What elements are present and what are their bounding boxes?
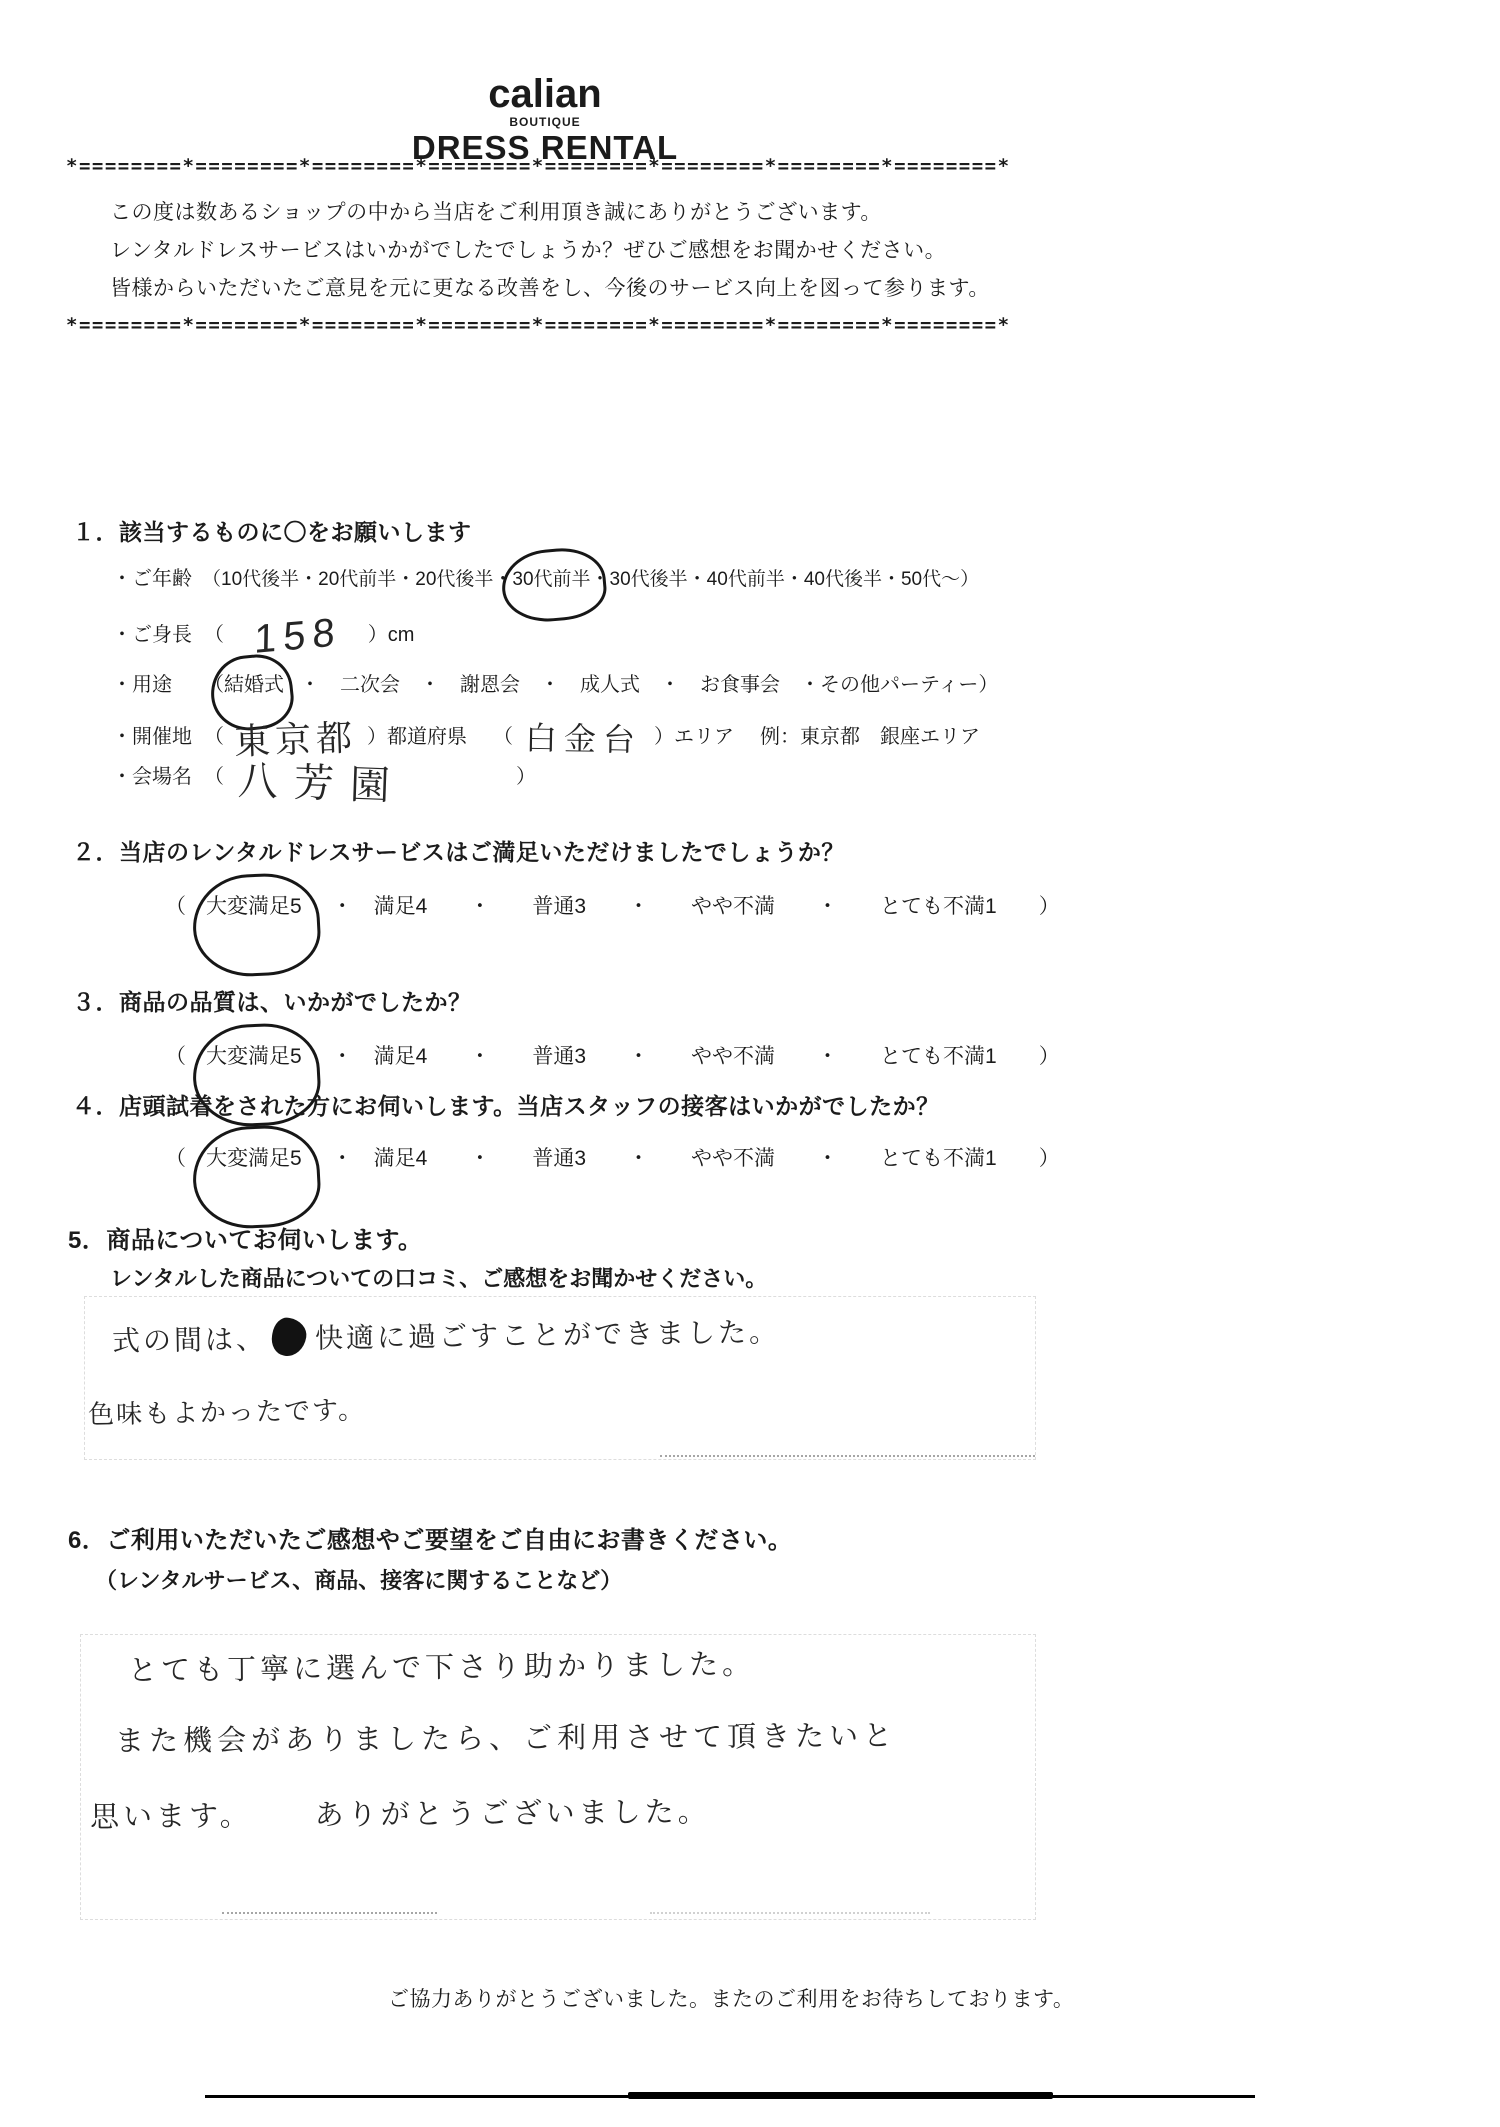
header: calian BOUTIQUE DRESS RENTAL [70, 74, 1020, 166]
q2-heading: ２．当店のレンタルドレスサービスはご満足いただけましたでしょうか？ [72, 834, 845, 867]
q5-answer-line1-before: 式の間は、 [112, 1324, 267, 1357]
age-options-after: ・30代後半・40代前半・40代後半・50代～） [591, 569, 980, 590]
q5-answer-line1-after: 快適に過ごすことができました。 [315, 1316, 780, 1353]
venue-name-value-handwritten: 八芳園 [237, 749, 407, 812]
q2-selected-circle: 大変満足5 [206, 890, 302, 920]
scribble-blot [269, 1316, 309, 1359]
venue-name-label: ・会場名 [112, 760, 204, 789]
q4-scale-row: （大変満足5・ 満足4 ・ 普通3 ・ やや不満 ・ とても不満1 ） [165, 1142, 1060, 1172]
q2-scale-options: ・ 満足4 ・ 普通3 ・ やや不満 ・ とても不満1 ） [332, 895, 1060, 918]
separator-bottom: *========*========*========*========*===… [66, 314, 1031, 336]
purpose-options-after: ・ 二次会 ・ 謝恩会 ・ 成人式 ・ お食事会 ・その他パーティー） [300, 674, 998, 696]
area-paren-open: （ [493, 726, 513, 748]
q4-scale-paren-open: （ [165, 1147, 186, 1170]
q1-height-row: ・ご身長（158）cm [112, 614, 414, 659]
q6-answer-line-2: また機会がありましたら、ご利用させて頂きたいと [115, 1713, 897, 1759]
height-label: ・ご身長 [112, 618, 204, 647]
height-value-handwritten: 158 [254, 610, 342, 663]
q4-scale-options: ・ 満足4 ・ 普通3 ・ やや不満 ・ とても不満1 ） [332, 1147, 1060, 1170]
venue-area-label: ・開催地 [112, 720, 204, 749]
area-value-handwritten: 白金台 [525, 713, 643, 761]
venue-name-paren-open: （ [204, 766, 224, 788]
age-options-before: （10代後半・20代前半・20代後半・ [202, 569, 512, 590]
purpose-paren-open: （ [204, 674, 224, 696]
q5-subheading: レンタルした商品についての口コミ、ご感想をお聞かせください。 [110, 1262, 767, 1293]
q1-age-row: ・ご年齢（10代後半・20代前半・20代後半・30代前半・30代後半・40代前半… [112, 562, 979, 591]
height-paren-open: （ [204, 624, 224, 646]
q4-selected-circle: 大変満足5 [206, 1142, 302, 1172]
purpose-selected-option: 結婚式 [224, 674, 284, 696]
q6-box-dotted-fragment-left [222, 1912, 437, 1914]
purpose-selected-circle: 結婚式 [224, 668, 284, 697]
purpose-label: ・用途 [112, 668, 204, 697]
brand-subtitle: BOUTIQUE [70, 115, 1020, 129]
q3-scale-paren-open: （ [165, 1045, 186, 1068]
prefecture-paren-open: （ [204, 726, 224, 748]
q6-answer-line-1: とても丁寧に選んで下さり助かりました。 [128, 1642, 755, 1690]
q1-heading: １．該当するものに〇をお願いします [72, 514, 472, 547]
q6-box-dotted-fragment-right [650, 1912, 930, 1914]
intro-line-2: レンタルドレスサービスはいかがでしたでしょうか？ぜひご感想をお聞かせください。 [110, 232, 990, 270]
scanned-survey-page: calian BOUTIQUE DRESS RENTAL *========*=… [0, 0, 1500, 2127]
age-label: ・ご年齢 [112, 562, 202, 591]
q6-answer-line3-part1: 思います。 [90, 1800, 253, 1833]
age-selected-circle: 30代前半 [512, 564, 590, 591]
q5-heading: 5．商品についてお伺いします。 [68, 1220, 422, 1255]
intro-line-3: 皆様からいただいたご意見を元に更なる改善をし、今後のサービス向上を図って参ります… [110, 270, 990, 308]
q4-heading: ４．店頭試着をされた方にお伺いします。当店スタッフの接客はいかがでしたか？ [72, 1088, 940, 1121]
q6-subheading: （レンタルサービス、商品、接客に関することなど） [95, 1564, 622, 1595]
prefecture-paren-close: ）都道府県 [367, 726, 467, 748]
q2-scale-row: （大変満足5・ 満足4 ・ 普通3 ・ やや不満 ・ とても不満1 ） [165, 890, 1060, 920]
q6-answer-line3-part2: ありがとうございました。 [315, 1796, 711, 1831]
brand-logo: calian [70, 74, 1020, 114]
venue-area-example: 例：東京都 銀座エリア [760, 726, 980, 748]
q3-scale-options: ・ 満足4 ・ 普通3 ・ やや不満 ・ とても不満1 ） [332, 1045, 1060, 1068]
q4-selected-option: 大変満足5 [206, 1147, 302, 1170]
footer-thanks: ご協力ありがとうございました。またのご利用をお待ちしております。 [388, 1983, 1074, 2013]
q3-scale-row: （大変満足5・ 満足4 ・ 普通3 ・ やや不満 ・ とても不満1 ） [165, 1040, 1060, 1070]
height-paren-close: ）cm [368, 624, 415, 646]
intro-line-1: この度は数あるショップの中から当店をご利用頂き誠にありがとうございます。 [110, 194, 990, 232]
q6-answer-line-3: 思います。ありがとうございました。 [90, 1789, 711, 1835]
area-paren-close: ）エリア [654, 726, 734, 748]
q2-scale-paren-open: （ [165, 895, 186, 918]
scan-artifact-line-thick [628, 2092, 1053, 2099]
q1-venue-name-row: ・会場名（八芳園） [112, 752, 536, 809]
q3-selected-option: 大変満足5 [206, 1045, 302, 1068]
q2-selected-option: 大変満足5 [206, 895, 302, 918]
q6-answer-line3-gap [253, 1825, 315, 1826]
q5-box-dotted-fragment [660, 1455, 1035, 1457]
venue-name-paren-close: ） [516, 766, 536, 788]
q1-purpose-row: ・用途（結婚式・ 二次会 ・ 謝恩会 ・ 成人式 ・ お食事会 ・その他パーティ… [112, 668, 998, 697]
q5-answer-line-2: 色味もよかったです。 [88, 1390, 367, 1432]
q6-heading: 6．ご利用いただいたご感想やご要望をご自由にお書きください。 [68, 1520, 792, 1555]
q3-heading: ３．商品の品質は、いかがでしたか？ [72, 984, 472, 1017]
intro-paragraph: この度は数あるショップの中から当店をご利用頂き誠にありがとうございます。 レンタ… [110, 194, 990, 308]
separator-top: *========*========*========*========*===… [66, 155, 1031, 177]
q3-selected-circle: 大変満足5 [206, 1040, 302, 1070]
age-selected-option: 30代前半 [512, 569, 590, 590]
